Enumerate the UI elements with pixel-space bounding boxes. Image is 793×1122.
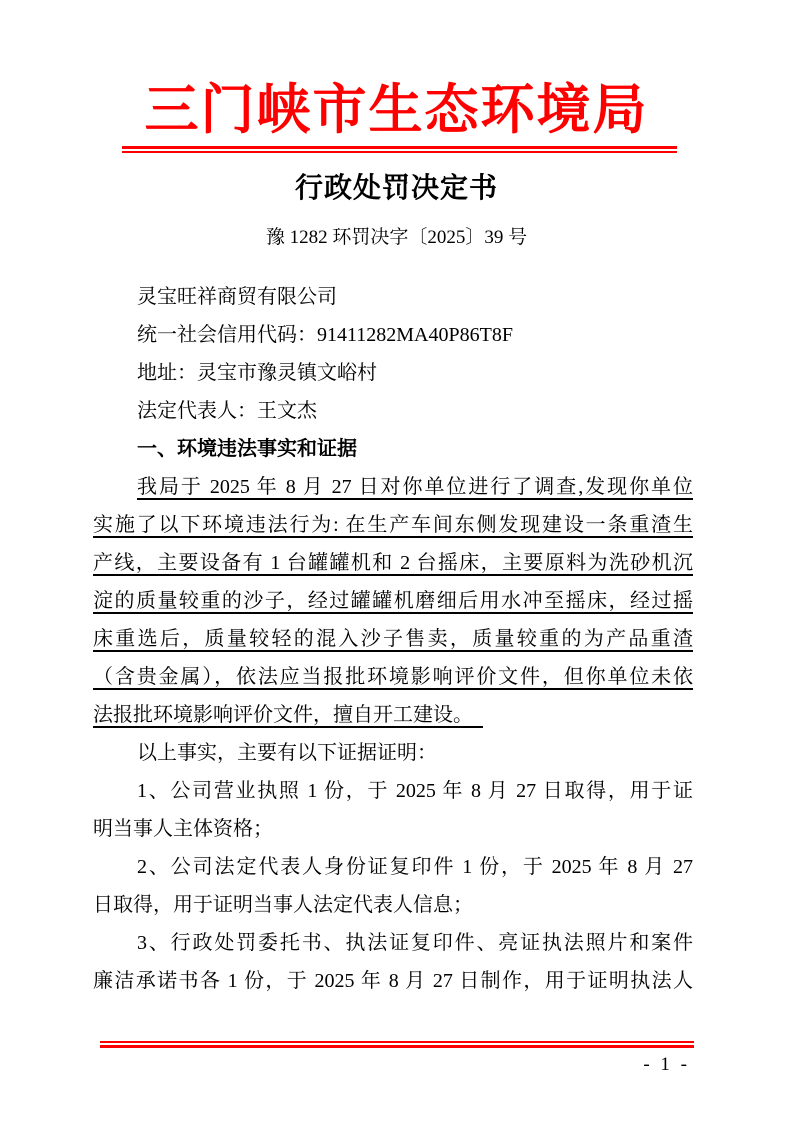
- body-line: 日取得，用于证明当事人法定代表人信息；: [93, 886, 693, 924]
- page-number: - 1 -: [643, 1053, 690, 1077]
- agency-title: 三门峡市生态环境局: [0, 80, 793, 140]
- body-line: 我局于 2025 年 8 月 27 日对你单位进行了调查,发现你单位: [93, 468, 693, 506]
- body-line: 淀的质量较重的沙子，经过罐罐机磨细后用水冲至摇床，经过摇: [93, 582, 693, 620]
- document-body: 灵宝旺祥商贸有限公司统一社会信用代码：91411282MA40P86T8F地址：…: [93, 278, 693, 1000]
- body-line: 灵宝旺祥商贸有限公司: [93, 278, 693, 316]
- footer-rule-divider: [100, 1041, 694, 1048]
- body-line: 明当事人主体资格；: [93, 810, 693, 848]
- body-line: 地址：灵宝市豫灵镇文峪村: [93, 354, 693, 392]
- body-line: 统一社会信用代码：91411282MA40P86T8F: [93, 316, 693, 354]
- document-number: 豫 1282 环罚决字〔2025〕39 号: [0, 226, 793, 250]
- body-line: 产线，主要设备有 1 台罐罐机和 2 台摇床，主要原料为洗砂机沉: [93, 544, 693, 582]
- section-heading: 一、环境违法事实和证据: [93, 430, 693, 468]
- body-line: 廉洁承诺书各 1 份，于 2025 年 8 月 27 日制作，用于证明执法人: [93, 962, 693, 1000]
- header-rule-divider: [122, 146, 677, 153]
- body-line: 1、公司营业执照 1 份，于 2025 年 8 月 27 日取得，用于证: [93, 772, 693, 810]
- body-line: 实施了以下环境违法行为: 在生产车间东侧发现建设一条重渣生: [93, 506, 693, 544]
- body-line: 法报批环境影响评价文件，擅自开工建设。: [93, 696, 693, 734]
- document-title: 行政处罚决定书: [0, 172, 793, 206]
- body-line: 3、行政处罚委托书、执法证复印件、亮证执法照片和案件: [93, 924, 693, 962]
- body-line: 以上事实，主要有以下证据证明：: [93, 734, 693, 772]
- document-page: 三门峡市生态环境局 行政处罚决定书 豫 1282 环罚决字〔2025〕39 号 …: [0, 0, 793, 1122]
- body-line: （含贵金属），依法应当报批环境影响评价文件，但你单位未依: [93, 658, 693, 696]
- body-line: 2、公司法定代表人身份证复印件 1 份，于 2025 年 8 月 27: [93, 848, 693, 886]
- body-line: 法定代表人：王文杰: [93, 392, 693, 430]
- body-line: 床重选后，质量较轻的混入沙子售卖，质量较重的为产品重渣: [93, 620, 693, 658]
